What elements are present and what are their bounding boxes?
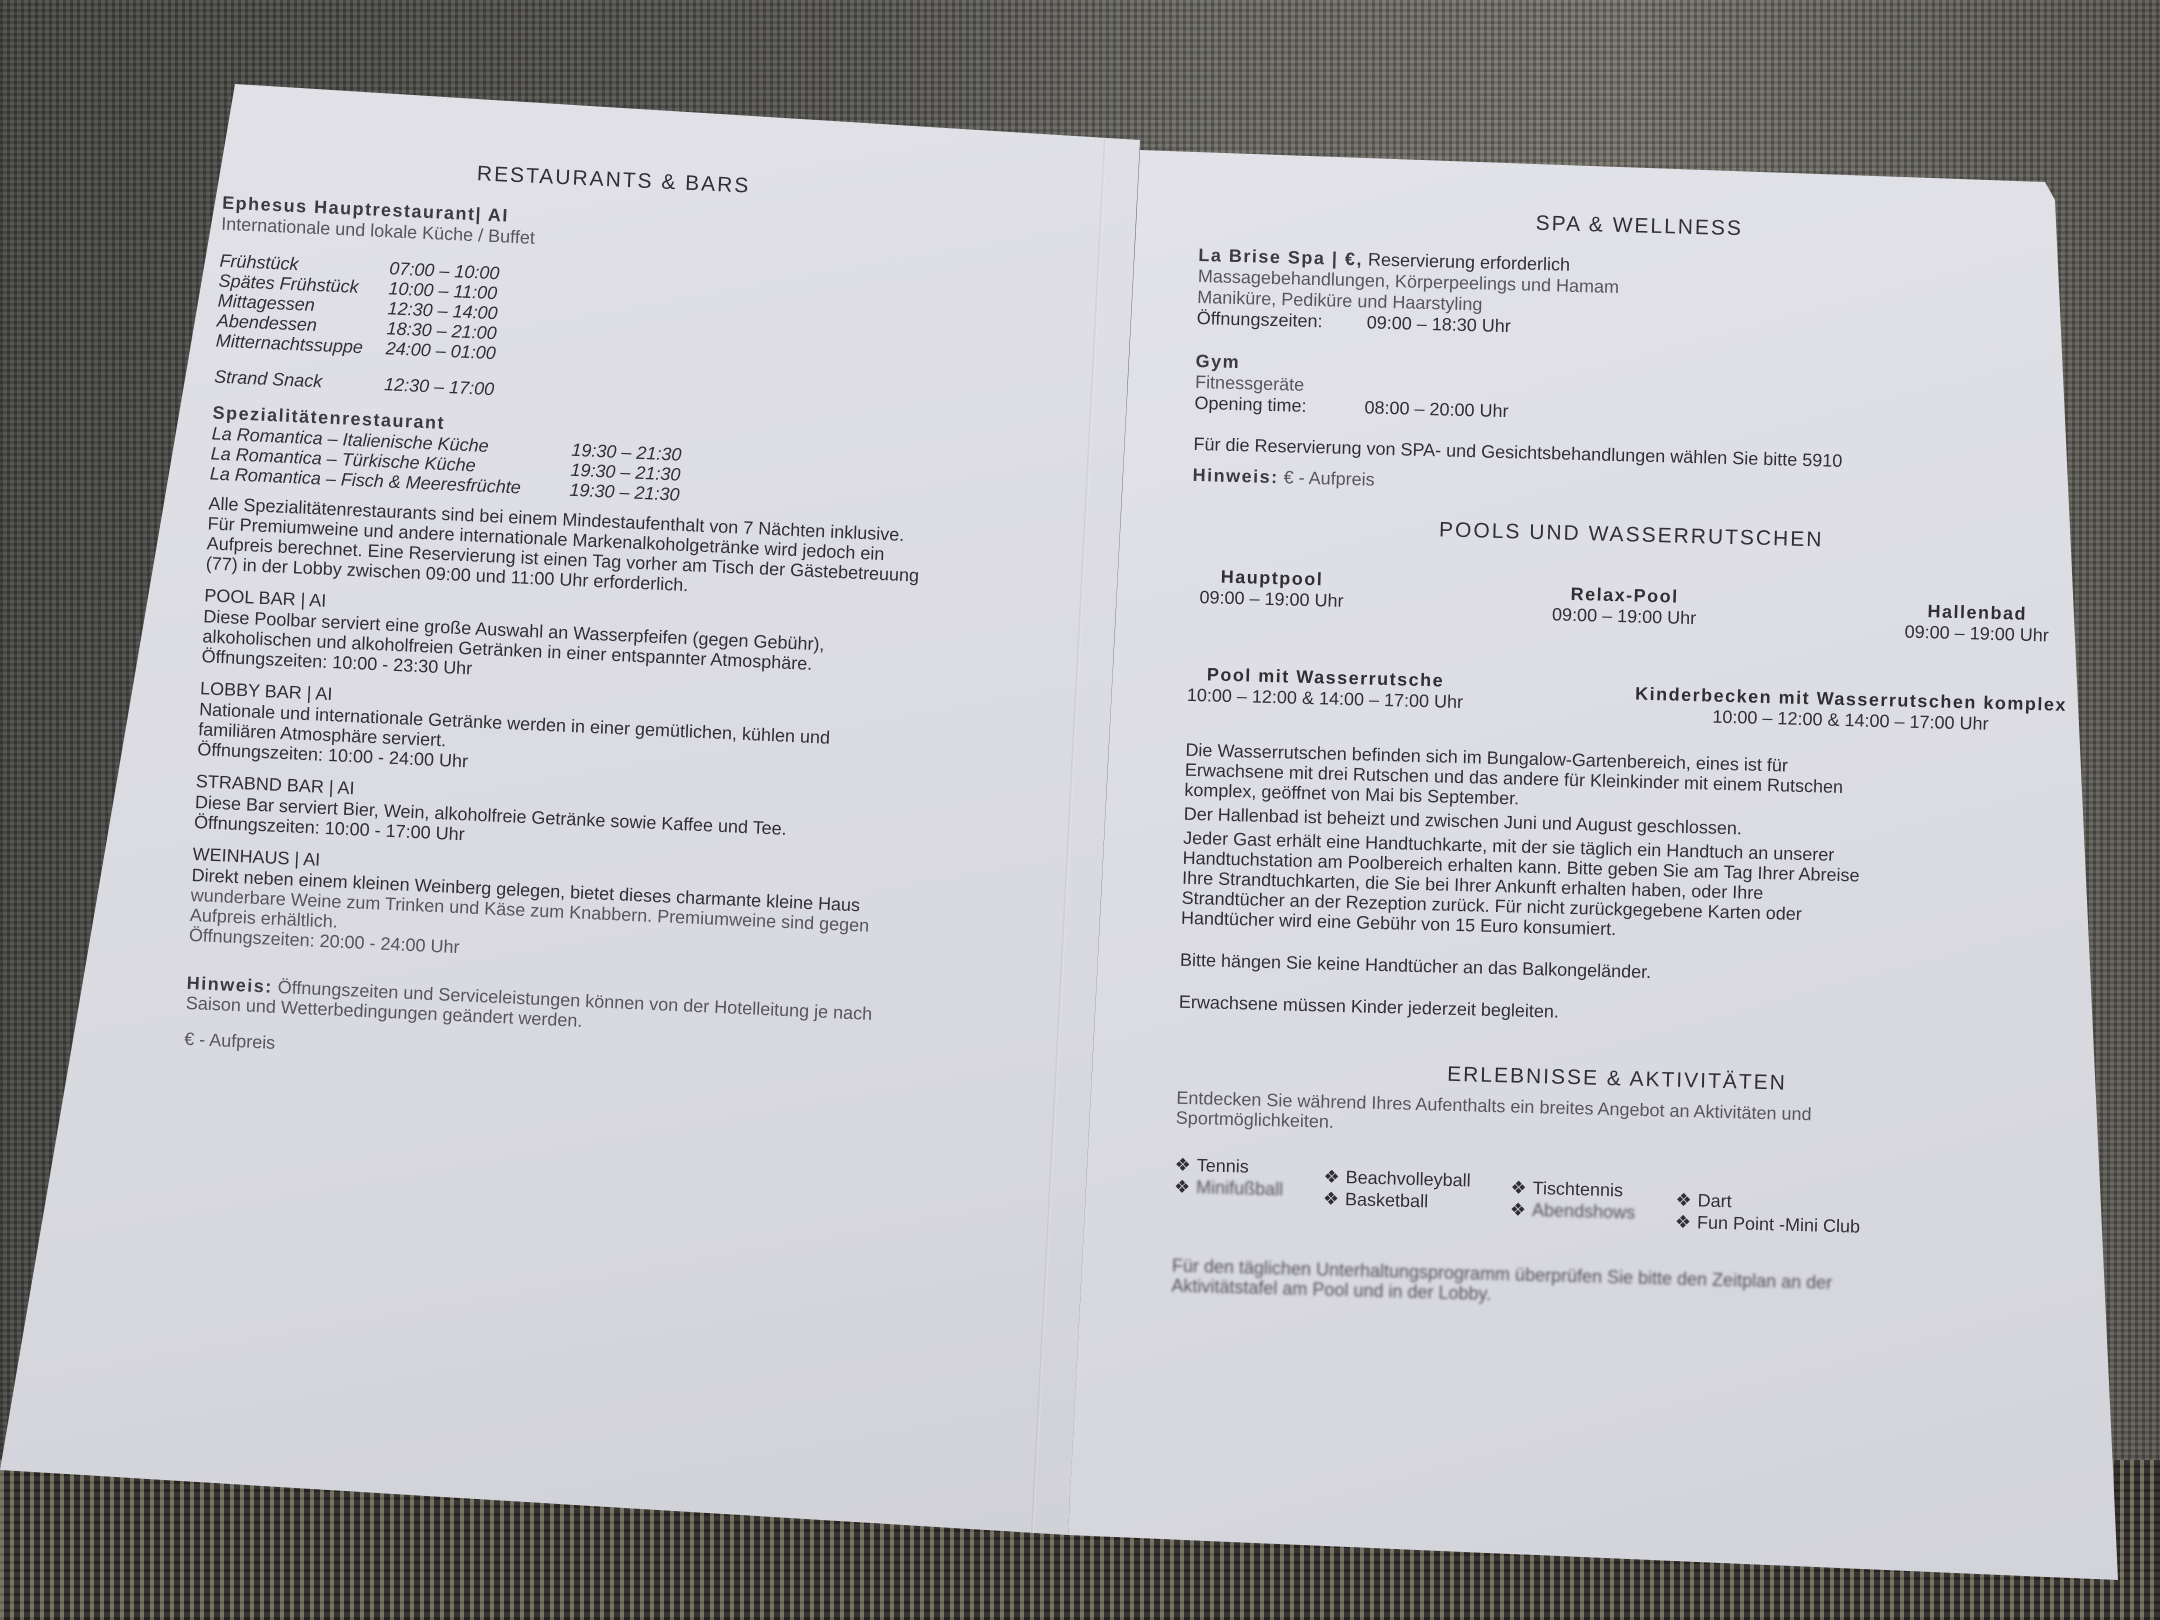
right-page-content: SPA & WELLNESS La Brise Spa | €, Reservi… <box>1171 195 2080 1319</box>
diamond-bullet-icon: ❖ <box>1174 1177 1191 1197</box>
diamond-bullet-icon: ❖ <box>1675 1190 1692 1210</box>
pool-item: Hallenbad09:00 – 19:00 Uhr <box>1904 601 2049 647</box>
entertainment-note: Für den täglichen Unterhaltungsprogramm … <box>1171 1256 2052 1319</box>
activity-column: ❖Tischtennis ❖Abendshows <box>1509 1176 1636 1231</box>
pool-item: Relax-Pool09:00 – 19:00 Uhr <box>1552 583 1697 637</box>
towel-policy: Jeder Gast erhält eine Handtuchkarte, mi… <box>1181 828 2063 951</box>
spa-heading: SPA & WELLNESS <box>1199 203 2079 250</box>
spa-hours: 09:00 – 18:30 Uhr <box>1366 312 1511 337</box>
pools-heading: POOLS UND WASSERRUTSCHEN <box>1191 512 2071 559</box>
pool-list: Hauptpool09:00 – 19:00 Uhr Relax-Pool09:… <box>1199 566 2050 646</box>
list-item: ❖Minifußball <box>1174 1176 1284 1201</box>
left-page-content: RESTAURANTS & BARS Ephesus Hauptrestaura… <box>124 140 1064 1087</box>
activity-column: ❖Tennis ❖Minifußball <box>1173 1154 1284 1223</box>
activity-column: ❖Dart ❖Fun Point -Mini Club <box>1675 1189 1861 1238</box>
activity-list: ❖Tennis ❖Minifußball ❖Beachvolleyball ❖B… <box>1173 1154 2054 1243</box>
diamond-bullet-icon: ❖ <box>1675 1212 1692 1232</box>
diamond-bullet-icon: ❖ <box>1174 1155 1191 1175</box>
diamond-bullet-icon: ❖ <box>1323 1189 1340 1209</box>
list-item: ❖Abendshows <box>1510 1198 1636 1223</box>
gym-hours: 08:00 – 20:00 Uhr <box>1364 397 1509 422</box>
list-item: ❖Fun Point -Mini Club <box>1675 1211 1861 1238</box>
pool-item: Hauptpool09:00 – 19:00 Uhr <box>1199 566 1345 628</box>
children-note: Erwachsene müssen Kinder jederzeit begle… <box>1179 992 2059 1035</box>
diamond-bullet-icon: ❖ <box>1510 1177 1527 1197</box>
activity-column: ❖Beachvolleyball ❖Basketball <box>1322 1166 1471 1228</box>
list-item: ❖Tischtennis <box>1510 1176 1636 1201</box>
list-item: ❖Tennis <box>1174 1154 1284 1179</box>
diamond-bullet-icon: ❖ <box>1323 1167 1340 1187</box>
diamond-bullet-icon: ❖ <box>1510 1199 1527 1219</box>
balcony-note: Bitte hängen Sie keine Handtücher an das… <box>1180 950 2060 993</box>
list-item: ❖Basketball <box>1323 1188 1471 1214</box>
slide-item: Pool mit Wasserrutsche10:00 – 12:00 & 14… <box>1186 664 1463 721</box>
